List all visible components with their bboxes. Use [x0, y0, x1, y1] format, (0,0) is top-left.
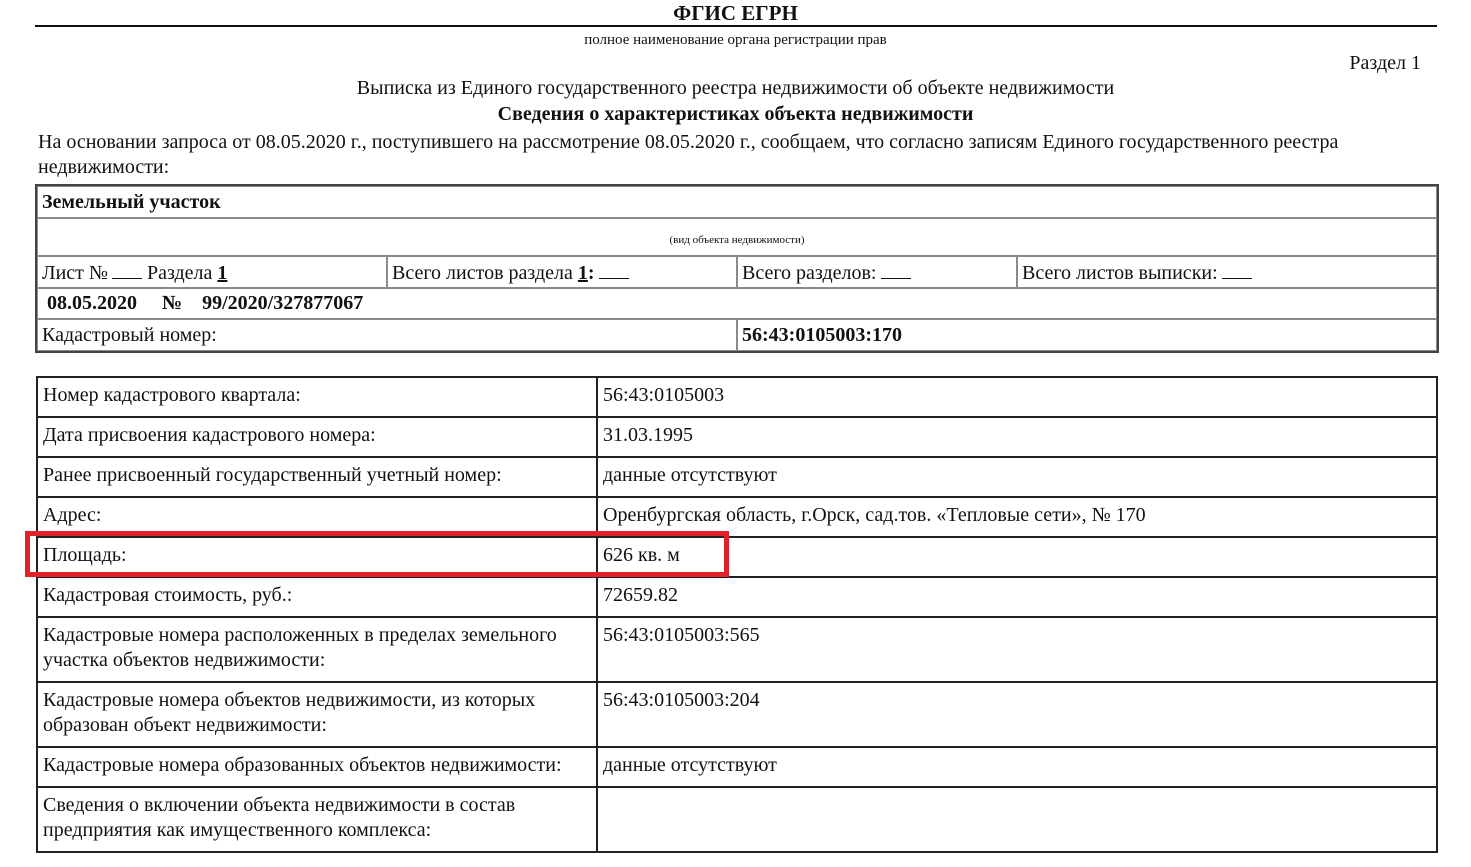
row-label: Кадастровые номера расположенных в преде…: [37, 617, 597, 682]
cadastral-number-value: 56:43:0105003:170: [737, 319, 1437, 351]
row-label: Номер кадастрового квартала:: [37, 377, 597, 417]
total-sheets-extract-label: Всего листов выписки:: [1022, 262, 1218, 284]
section-label: Раздел 1: [1349, 52, 1421, 75]
org-caption: полное наименование органа регистрации п…: [0, 32, 1471, 49]
table-row: Сведения о включении объекта недвижимост…: [37, 787, 1437, 852]
row-value: 31.03.1995: [597, 417, 1437, 457]
row-label: Ранее присвоенный государственный учетны…: [37, 457, 597, 497]
area-highlight-box: [25, 531, 729, 577]
document-subtitle: Сведения о характеристиках объекта недви…: [0, 103, 1471, 126]
total-sections-cell: Всего разделов:: [737, 256, 1017, 288]
cadastral-number-label: Кадастровый номер:: [37, 319, 737, 351]
table-row: Кадастровые номера объектов недвижимости…: [37, 682, 1437, 747]
row-value: 56:43:0105003:204: [597, 682, 1437, 747]
row-label: Кадастровая стоимость, руб.:: [37, 577, 597, 617]
total-sheets-extract-cell: Всего листов выписки:: [1017, 256, 1437, 288]
sheet-label: Лист №: [42, 262, 108, 284]
row-value: [597, 787, 1437, 852]
object-kind: Земельный участок: [37, 186, 1437, 218]
table-row: Кадастровая стоимость, руб.:72659.82: [37, 577, 1437, 617]
intro-paragraph: На основании запроса от 08.05.2020 г., п…: [38, 130, 1438, 180]
document-title: Выписка из Единого государственного реес…: [0, 77, 1471, 100]
row-value: 56:43:0105003: [597, 377, 1437, 417]
total-sections-blank: [881, 260, 911, 279]
row-label: Дата присвоения кадастрового номера:: [37, 417, 597, 457]
org-title: ФГИС ЕГРН: [0, 1, 1471, 26]
total-sheets-extract-blank: [1222, 260, 1252, 279]
number-sign: №: [162, 292, 182, 314]
table-row: Кадастровые номера образованных объектов…: [37, 747, 1437, 787]
row-label: Кадастровые номера объектов недвижимости…: [37, 682, 597, 747]
row-value: данные отсутствуют: [597, 747, 1437, 787]
extract-number: 99/2020/327877067: [202, 292, 363, 314]
sheet-blank: [112, 260, 142, 279]
row-label: Кадастровые номера образованных объектов…: [37, 747, 597, 787]
object-kind-caption: (вид объекта недвижимости): [37, 218, 1437, 256]
table-row: Ранее присвоенный государственный учетны…: [37, 457, 1437, 497]
extract-date: 08.05.2020: [47, 292, 137, 314]
total-sheets-section-cell: Всего листов раздела 1:: [387, 256, 737, 288]
total-sheets-section-blank: [599, 260, 629, 279]
total-sheets-section-label: Всего листов раздела: [392, 262, 573, 284]
object-header-table: Земельный участок (вид объекта недвижимо…: [36, 185, 1438, 352]
table-row: Кадастровые номера расположенных в преде…: [37, 617, 1437, 682]
row-value: 56:43:0105003:565: [597, 617, 1437, 682]
extract-stamp: 08.05.2020 № 99/2020/327877067: [37, 288, 1437, 319]
header-rule: [35, 25, 1437, 27]
section-of-label: Раздела: [147, 262, 212, 284]
characteristics-table: Номер кадастрового квартала:56:43:010500…: [36, 376, 1438, 853]
total-sheets-section-value: 1: [578, 262, 588, 284]
total-sections-label: Всего разделов:: [742, 262, 877, 284]
table-row: Дата присвоения кадастрового номера:31.0…: [37, 417, 1437, 457]
row-value: данные отсутствуют: [597, 457, 1437, 497]
row-label: Сведения о включении объекта недвижимост…: [37, 787, 597, 852]
sheet-number-cell: Лист № Раздела 1: [37, 256, 387, 288]
section-of-value: 1: [217, 262, 227, 284]
row-value: 72659.82: [597, 577, 1437, 617]
table-row: Номер кадастрового квартала:56:43:010500…: [37, 377, 1437, 417]
